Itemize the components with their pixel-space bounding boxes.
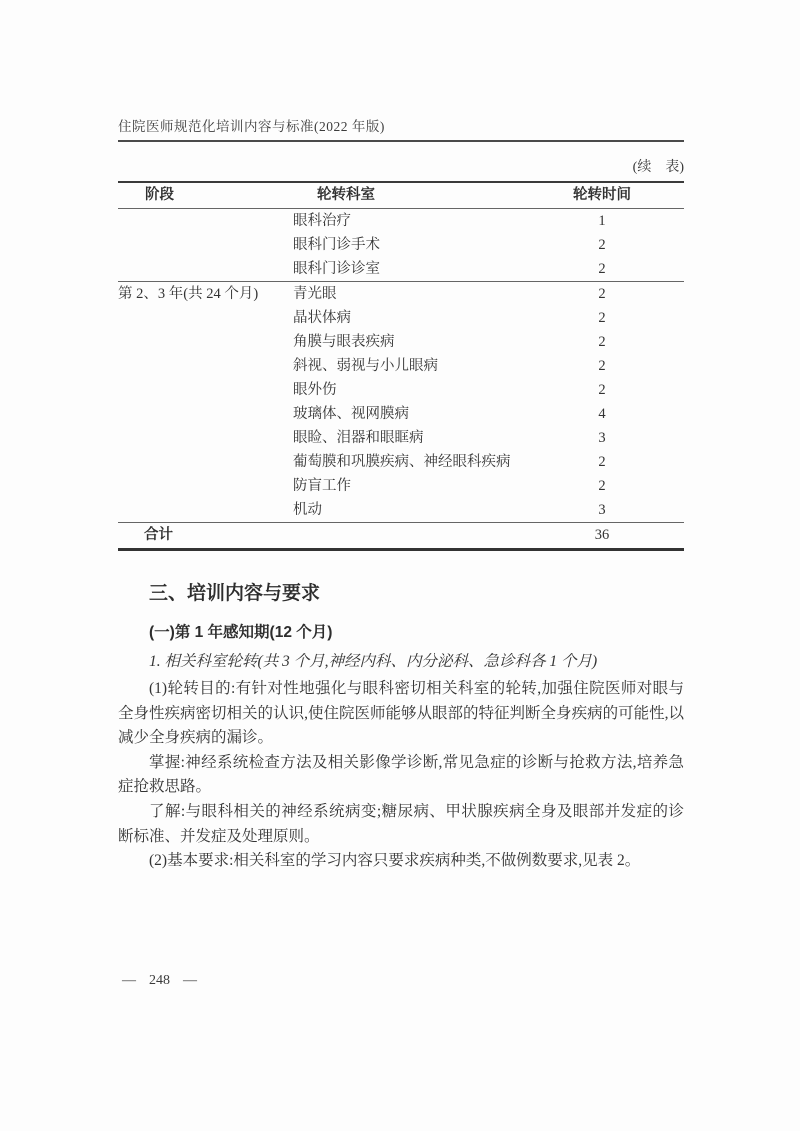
duration-cell: 4 [520, 402, 684, 426]
table-row: 玻璃体、视网膜病 4 [118, 402, 684, 426]
stage-cell [118, 450, 293, 474]
duration-cell: 2 [520, 378, 684, 402]
stage-cell [118, 233, 293, 257]
table-row: 角膜与眼表疾病 2 [118, 330, 684, 354]
stage-cell [118, 378, 293, 402]
table-header-row: 阶段 轮转科室 轮转时间 [118, 183, 684, 209]
document-page: 住院医师规范化培训内容与标准(2022 年版) (续 表) 阶段 轮转科室 轮转… [0, 0, 800, 1131]
item-heading: 1. 相关科室轮转(共 3 个月,神经内科、内分泌科、急诊科各 1 个月) [149, 651, 684, 673]
table-row: 机动 3 [118, 498, 684, 522]
table-section-year1: 眼科治疗 1 眼科门诊手术 2 眼科门诊诊室 2 [118, 209, 684, 281]
table-row: 防盲工作 2 [118, 474, 684, 498]
department-cell: 眼科门诊手术 [293, 233, 520, 257]
page-footer: — 248 — [122, 973, 197, 989]
table-section-year23: 第 2、3 年(共 24 个月) 青光眼 2 晶状体病 2 角膜与眼表疾病 2 … [118, 281, 684, 522]
rotation-table: 阶段 轮转科室 轮转时间 眼科治疗 1 眼科门诊手术 2 眼科门诊诊室 2 [118, 181, 684, 551]
duration-cell: 2 [520, 354, 684, 378]
section-heading: 三、培训内容与要求 [149, 582, 684, 606]
duration-cell: 3 [520, 498, 684, 522]
running-head: 住院医师规范化培训内容与标准(2022 年版) [118, 115, 385, 135]
subsection-heading: (一)第 1 年感知期(12 个月) [149, 622, 684, 644]
total-label: 合计 [118, 523, 293, 548]
stage-cell: 第 2、3 年(共 24 个月) [118, 282, 293, 306]
total-spacer [293, 523, 520, 548]
duration-cell: 2 [520, 306, 684, 330]
department-cell: 葡萄膜和巩膜疾病、神经眼科疾病 [293, 450, 520, 474]
stage-cell [118, 306, 293, 330]
duration-cell: 2 [520, 450, 684, 474]
department-cell: 晶状体病 [293, 306, 520, 330]
duration-cell: 1 [520, 209, 684, 233]
table-row: 眼科治疗 1 [118, 209, 684, 233]
department-cell: 眼科治疗 [293, 209, 520, 233]
stage-cell [118, 257, 293, 281]
stage-cell [118, 474, 293, 498]
stage-cell [118, 498, 293, 522]
duration-cell: 3 [520, 426, 684, 450]
stage-cell [118, 330, 293, 354]
header-rule [118, 140, 684, 142]
department-cell: 玻璃体、视网膜病 [293, 402, 520, 426]
table-row: 斜视、弱视与小儿眼病 2 [118, 354, 684, 378]
department-cell: 眼科门诊诊室 [293, 257, 520, 281]
table-row: 眼睑、泪器和眼眶病 3 [118, 426, 684, 450]
duration-cell: 2 [520, 330, 684, 354]
table-total-row: 合计 36 [118, 522, 684, 548]
table-row: 第 2、3 年(共 24 个月) 青光眼 2 [118, 282, 684, 306]
department-cell: 机动 [293, 498, 520, 522]
table-row: 眼科门诊手术 2 [118, 233, 684, 257]
department-cell: 角膜与眼表疾病 [293, 330, 520, 354]
table-row: 眼外伤 2 [118, 378, 684, 402]
department-cell: 防盲工作 [293, 474, 520, 498]
duration-cell: 2 [520, 474, 684, 498]
duration-cell: 2 [520, 257, 684, 281]
duration-cell: 2 [520, 282, 684, 306]
stage-cell [118, 402, 293, 426]
table-row: 葡萄膜和巩膜疾病、神经眼科疾病 2 [118, 450, 684, 474]
table-row: 眼科门诊诊室 2 [118, 257, 684, 281]
table-continuation-note: (续 表) [118, 156, 684, 176]
stage-cell [118, 426, 293, 450]
col-header-department: 轮转科室 [293, 183, 520, 208]
total-value: 36 [520, 523, 684, 548]
footer-dash-right: — [183, 973, 197, 989]
col-header-stage: 阶段 [118, 183, 293, 208]
paragraph: (1)轮转目的:有针对性地强化与眼科密切相关科室的轮转,加强住院医师对眼与全身性… [118, 677, 684, 751]
department-cell: 眼外伤 [293, 378, 520, 402]
paragraph: 了解:与眼科相关的神经系统病变;糖尿病、甲状腺疾病全身及眼部并发症的诊断标准、并… [118, 800, 684, 849]
page-number: 248 [149, 973, 170, 989]
body-text: 三、培训内容与要求 (一)第 1 年感知期(12 个月) 1. 相关科室轮转(共… [118, 582, 684, 874]
col-header-duration: 轮转时间 [520, 183, 684, 208]
department-cell: 斜视、弱视与小儿眼病 [293, 354, 520, 378]
stage-cell [118, 209, 293, 233]
stage-cell [118, 354, 293, 378]
paragraph: (2)基本要求:相关科室的学习内容只要求疾病种类,不做例数要求,见表 2。 [118, 849, 684, 874]
department-cell: 青光眼 [293, 282, 520, 306]
table-row: 晶状体病 2 [118, 306, 684, 330]
department-cell: 眼睑、泪器和眼眶病 [293, 426, 520, 450]
footer-dash-left: — [122, 973, 136, 989]
paragraph: 掌握:神经系统检查方法及相关影像学诊断,常见急症的诊断与抢救方法,培养急症抢救思… [118, 751, 684, 800]
duration-cell: 2 [520, 233, 684, 257]
